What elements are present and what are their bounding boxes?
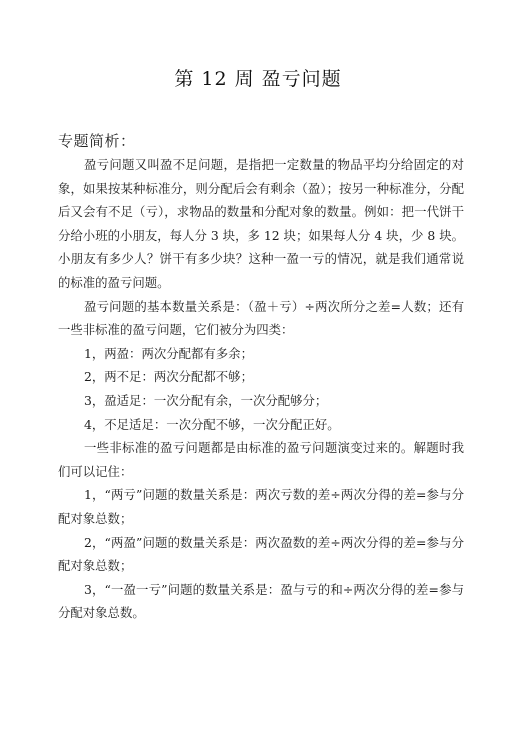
section-heading: 专题简析： xyxy=(58,130,136,151)
paragraph-intro: 盈亏问题又叫盈不足问题，是指把一定数量的物品平均分给固定的对象，如果按某种标准分… xyxy=(58,153,464,295)
rule-two-surplus: 2，“两盈”问题的数量关系是：两次盈数的差÷两次分得的差=参与分配对象总数； xyxy=(58,531,464,578)
list-item-two-surplus: 1，两盈：两次分配都有多余； xyxy=(58,342,464,366)
list-item-two-shortage: 2，两不足：两次分配都不够； xyxy=(58,365,464,389)
paragraph-basic-relation: 盈亏问题的基本数量关系是：（盈＋亏）÷两次所分之差=人数；还有一些非标准的盈亏问… xyxy=(58,295,464,342)
document-page: 第 12 周 盈亏问题 专题简析： 盈亏问题又叫盈不足问题，是指把一定数量的物品… xyxy=(0,0,516,729)
rule-two-shortage: 1，“两亏”问题的数量关系是：两次亏数的差÷两次分得的差=参与分配对象总数； xyxy=(58,483,464,530)
page-title: 第 12 周 盈亏问题 xyxy=(0,64,516,91)
list-item-shortage-exact: 4，不足适足：一次分配不够，一次分配正好。 xyxy=(58,413,464,437)
paragraph-nonstandard: 一些非标准的盈亏问题都是由标准的盈亏问题演变过来的。解题时我们可以记住： xyxy=(58,436,464,483)
rule-surplus-shortage: 3，“一盈一亏”问题的数量关系是：盈与亏的和÷两次分得的差=参与分配对象总数。 xyxy=(58,578,464,625)
body-text: 盈亏问题又叫盈不足问题，是指把一定数量的物品平均分给固定的对象，如果按某种标准分… xyxy=(58,153,464,625)
list-item-surplus-exact: 3，盈适足：一次分配有余，一次分配够分； xyxy=(58,389,464,413)
